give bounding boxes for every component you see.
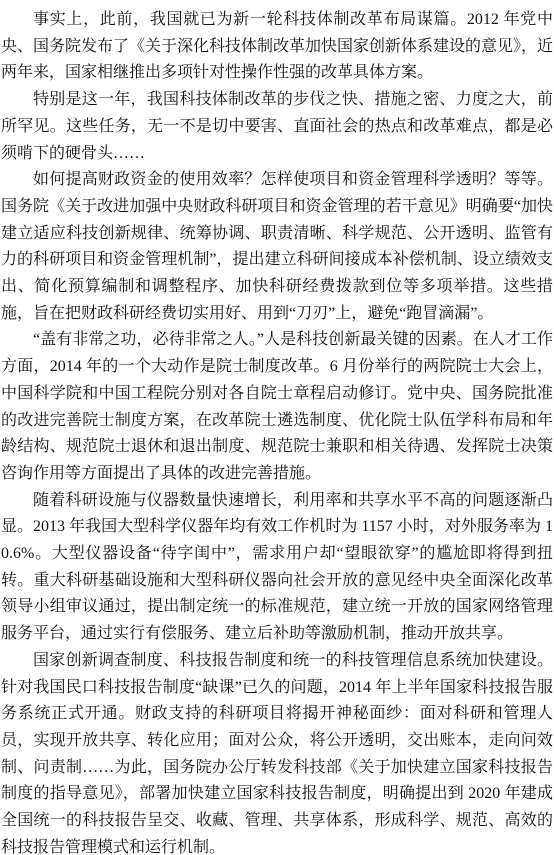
paragraph-instrument-sharing: 随着科研设施与仪器数量快速增长，利用率和共享水平不高的问题逐渐凸显。2013 年…: [1, 488, 553, 648]
paragraph-academician-system: “盖有非常之功，必待非常之人。”人是科技创新最关键的因素。在人才工作方面，201…: [1, 327, 553, 487]
document-page: 事实上，此前，我国就已为新一轮科技体制改革布局谋篇。2012 年党中央、国务院发…: [0, 0, 554, 855]
paragraph-reform-pace: 特别是这一年，我国科技体制改革的步伐之快、措施之密、力度之大，前所罕见。这些任务…: [1, 87, 553, 167]
paragraph-tech-report-system: 国家创新调查制度、科技报告制度和统一的科技管理信息系统加快建设。针对我国民口科技…: [1, 648, 553, 855]
paragraph-reform-layout: 事实上，此前，我国就已为新一轮科技体制改革布局谋篇。2012 年党中央、国务院发…: [1, 7, 553, 87]
paragraph-funding-management: 如何提高财政资金的使用效率？怎样使项目和资金管理科学透明？等等。国务院《关于改进…: [1, 167, 553, 327]
